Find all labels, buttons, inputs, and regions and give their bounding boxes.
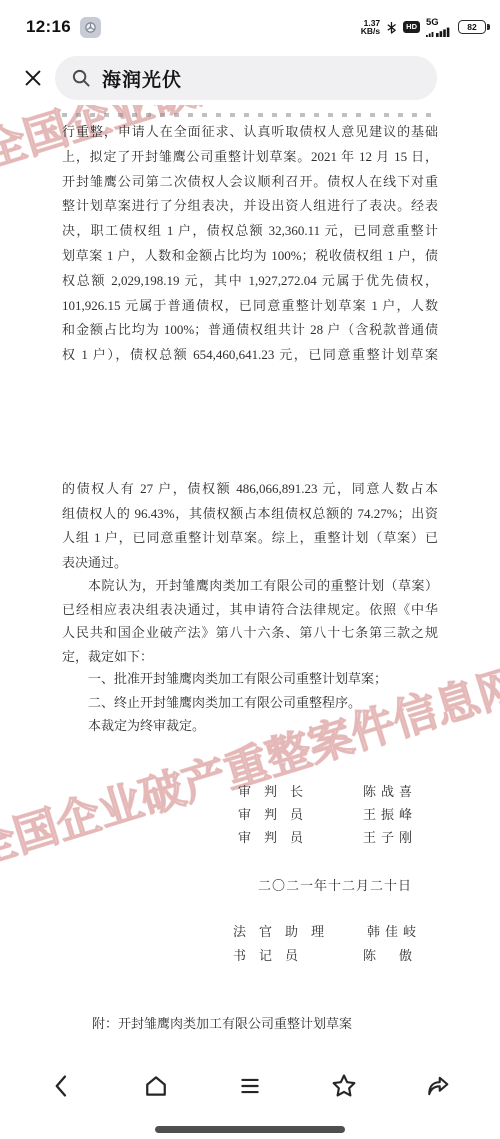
attachment-line: 附：开封雏鹰肉类加工有限公司重整计划草案 (92, 1013, 352, 1032)
ruling-item: 一、批准开封雏鹰肉类加工有限公司重整计划草案； (62, 667, 438, 691)
document-line: 已经相应表决组表决通过，其申请符合法律规定。依照《中华 (62, 598, 438, 622)
document-line: 本院认为，开封雏鹰肉类加工有限公司的重整计划（草案） (62, 574, 438, 598)
hd-volte-icon: HD (403, 21, 420, 33)
steering-wheel-icon (83, 20, 98, 35)
document-line: 和金额占比均为 100%；普通债权组共计 28 户（含税款普通债 (62, 318, 438, 343)
document-page[interactable]: 全国企业破产重整案件信息网 全国企业破产重整案件信息网 行重整，申请人在全面征求… (0, 105, 500, 1060)
back-icon[interactable] (48, 1072, 76, 1100)
judge-name: 陈战喜 (363, 784, 417, 799)
search-header: 海润光伏 (0, 50, 500, 105)
close-icon[interactable] (20, 65, 46, 91)
battery-indicator: 82 (458, 20, 486, 34)
search-input[interactable]: 海润光伏 (55, 56, 437, 100)
document-line: 权总额 2,029,198.19 元，其中 1,927,272.04 元属于优先… (62, 269, 438, 294)
document-line: 人民共和国企业破产法》第八十六条、第八十七条第三款之规 (62, 621, 438, 645)
status-bar: 12:16 1.37 KB/s HD 5G (0, 0, 500, 50)
document-line: 整计划草案进行了分组表决，并设出资人组进行了表决。经表 (62, 194, 438, 219)
judge-role: 审 判 员 (238, 830, 303, 845)
document-line: 表决通过。 (62, 551, 438, 576)
signature-row: 审 判 长陈战喜 (238, 781, 417, 800)
home-icon[interactable] (142, 1072, 170, 1100)
phone-screen: 12:16 1.37 KB/s HD 5G (0, 0, 500, 1139)
document-line: 人组 1 户，已同意重整计划草案。综上，重整计划（草案）已 (62, 526, 438, 551)
paragraph-court-opinion: 本院认为，开封雏鹰肉类加工有限公司的重整计划（草案） 已经相应表决组表决通过，其… (62, 574, 438, 668)
search-query: 海润光伏 (102, 65, 182, 92)
staff-row: 书 记 员陈 傲 (233, 945, 417, 964)
signal-bars-icon (426, 27, 452, 37)
judge-name: 王振峰 (363, 807, 417, 822)
document-line: 开封雏鹰公司第二次债权人会议顺利召开。债权人在线下对重 (62, 170, 438, 195)
favorite-star-icon[interactable] (330, 1072, 358, 1100)
staff-name: 陈 傲 (363, 948, 417, 963)
document-line: 本裁定为终审裁定。 (62, 714, 438, 739)
ruling-date: 二〇二一年十二月二十日 (258, 875, 412, 894)
staff-name: 韩佳岐 (367, 924, 421, 939)
search-icon (71, 68, 92, 89)
judge-name: 王子刚 (363, 830, 417, 845)
menu-icon[interactable] (236, 1072, 264, 1100)
judge-role: 审 判 员 (238, 807, 303, 822)
document-line: 划草案 1 户，人数和金额占比均为 100%；税收债权组 1 户，债 (62, 244, 438, 269)
clock: 12:16 (26, 17, 71, 37)
signature-row: 审 判 员王振峰 (238, 804, 417, 823)
staff-row: 法 官 助 理韩佳岐 (233, 921, 421, 940)
judge-role: 审 判 长 (238, 784, 303, 799)
paragraph-vote-result: 的债权人有 27 户，债权额 486,066,891.23 元，同意人数占本 组… (62, 477, 438, 575)
signature-row: 审 判 员王子刚 (238, 827, 417, 846)
document-line: 101,926.15 元属于普通债权，已同意重整计划草案 1 户，人数 (62, 294, 438, 319)
battery-percent: 82 (467, 22, 476, 32)
document-line: 定，裁定如下： (62, 645, 438, 669)
ruling-item: 二、终止开封雏鹰肉类加工有限公司重整程序。 (62, 691, 438, 715)
clipped-text-line (62, 113, 438, 117)
network-speed: 1.37 KB/s (361, 19, 380, 36)
document-line: 行重整，申请人在全面征求、认真听取债权人意见建议的基础 (62, 120, 438, 145)
document-line: 决，职工债权组 1 户，债权总额 32,360.11 元，已同意重整计 (62, 219, 438, 244)
status-icons: 1.37 KB/s HD 5G 82 (361, 18, 486, 37)
ruling-items: 一、批准开封雏鹰肉类加工有限公司重整计划草案； 二、终止开封雏鹰肉类加工有限公司… (62, 667, 438, 715)
staff-role: 书 记 员 (233, 948, 298, 963)
document-line: 组债权人的 96.43%，其债权额占本组债权总额的 74.27%；出资 (62, 502, 438, 527)
document-line: 上，拟定了开封雏鹰公司重整计划草案。2021 年 12 月 15 日， (62, 145, 438, 170)
speed-unit: KB/s (361, 27, 380, 36)
staff-role: 法 官 助 理 (233, 924, 324, 939)
document-line: 的债权人有 27 户，债权额 486,066,891.23 元，同意人数占本 (62, 477, 438, 502)
document-line: 权 1 户），债权总额 654,460,641.23 元，已同意重整计划草案 (62, 343, 438, 368)
network-type-label: 5G (426, 18, 439, 27)
running-app-icon (80, 17, 101, 38)
paragraph-voting: 行重整，申请人在全面征求、认真听取债权人意见建议的基础 上，拟定了开封雏鹰公司重… (62, 120, 438, 368)
bluetooth-icon (386, 20, 397, 35)
share-icon[interactable] (424, 1072, 452, 1100)
final-ruling-line: 本裁定为终审裁定。 (62, 714, 438, 739)
cell-signal: 5G (426, 18, 452, 37)
home-indicator-bar[interactable] (155, 1126, 345, 1133)
